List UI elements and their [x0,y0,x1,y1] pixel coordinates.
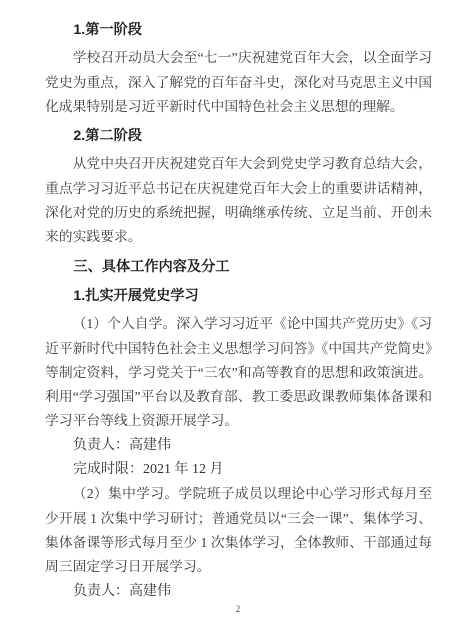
deadline-line: 完成时限：2021 年 12 月 [45,458,432,482]
heading-task-party-history-study: 1.扎实开展党史学习 [45,284,432,308]
paragraph-individual-study: （1）个人自学。深入学习习近平《论中国共产党历史》《习近平新时代中国特色社会主义… [45,312,432,433]
heading-phase-1: 1.第一阶段 [45,18,432,42]
document-page: 1.第一阶段 学校召开动员大会至“七一”庆祝建党百年大会，以全面学习党史为重点，… [0,0,476,621]
paragraph-collective-study: （2）集中学习。学院班子成员以理论中心学习形式每月至少开展 1 次集中学习研讨；… [45,482,432,579]
heading-phase-2: 2.第二阶段 [45,124,432,148]
heading-section-work-content: 三、具体工作内容及分工 [45,255,432,279]
paragraph-phase-2: 从党中央召开庆祝建党百年大会到党史学习教育总结大会，重点学习习近平总书记在庆祝建… [45,152,432,249]
responsible-person-line-2: 负责人：高建伟 [45,580,432,604]
paragraph-phase-1: 学校召开动员大会至“七一”庆祝建党百年大会，以全面学习党史为重点，深入了解党的百… [45,46,432,119]
page-number: 2 [0,604,476,614]
responsible-person-line: 负责人：高建伟 [45,434,432,458]
